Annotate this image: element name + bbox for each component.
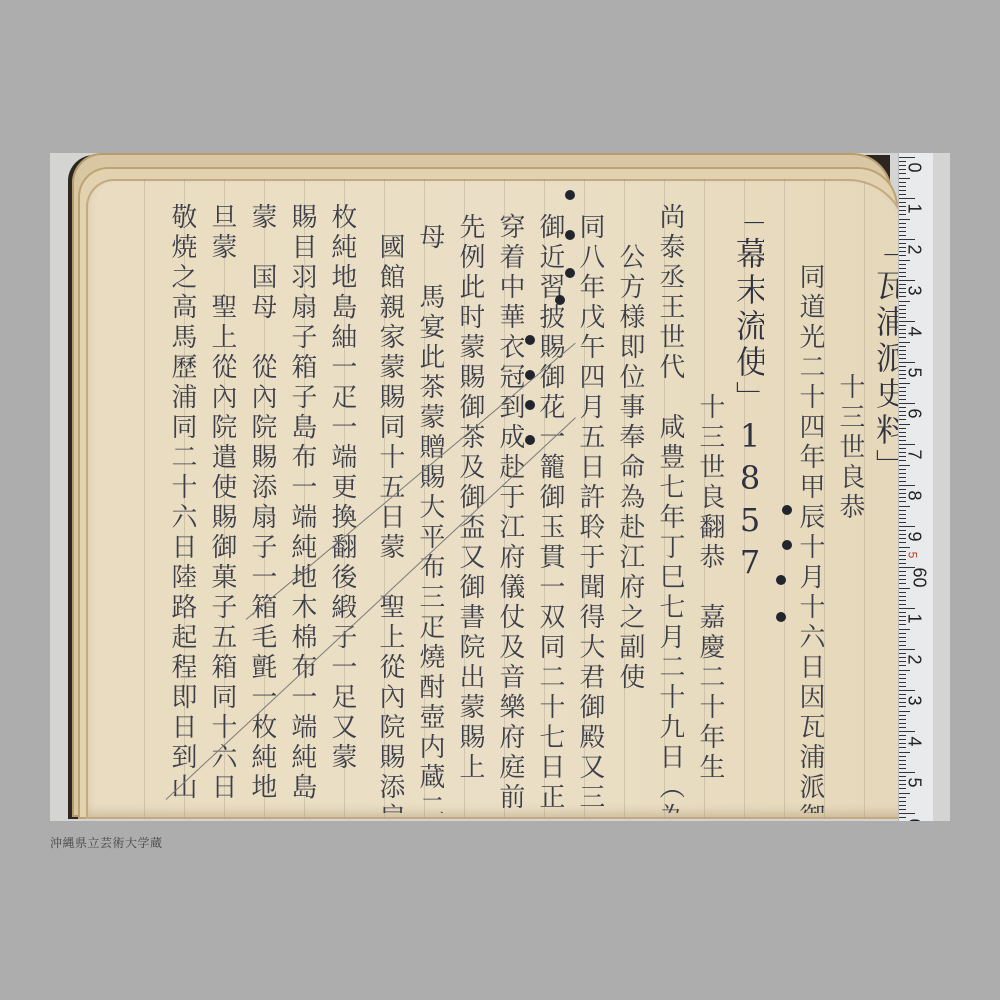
ruler-tick bbox=[899, 600, 906, 601]
ruler-tick bbox=[899, 592, 906, 593]
ruler-half-marker: 5 bbox=[905, 552, 919, 559]
ruler-tick bbox=[899, 690, 915, 691]
ruler-tick bbox=[899, 727, 906, 728]
ruler-number: 8 bbox=[904, 490, 925, 500]
emphasis-dot bbox=[525, 400, 535, 410]
ruler-tick bbox=[899, 588, 910, 589]
ruler-tick bbox=[899, 280, 915, 281]
ruler-tick bbox=[899, 354, 906, 355]
ruler-tick bbox=[899, 596, 906, 597]
ruler-tick bbox=[899, 268, 906, 269]
ruler-tick bbox=[899, 387, 906, 388]
ruler-tick bbox=[899, 629, 910, 630]
ruler-number: 0 bbox=[904, 162, 925, 172]
ruler-tick bbox=[899, 231, 906, 232]
ruler-tick bbox=[899, 214, 906, 215]
ruler-tick bbox=[899, 337, 906, 338]
ruler-tick bbox=[899, 801, 906, 802]
handwritten-column: 十三世良翻恭 嘉慶二十年生 bbox=[696, 393, 724, 783]
ruler-tick bbox=[899, 419, 906, 420]
ruler-tick bbox=[899, 526, 915, 527]
ruler-tick bbox=[899, 481, 906, 482]
emphasis-dot bbox=[525, 335, 535, 345]
ruler-tick bbox=[899, 760, 906, 761]
handwritten-column: 賜目羽扇子箱子島布一端純地木棉布一端純島紬二疋一端又 bbox=[288, 203, 316, 803]
ruler-number: 6 bbox=[904, 408, 925, 418]
ruler-number: 1 bbox=[904, 613, 925, 623]
ruler-tick bbox=[899, 723, 906, 724]
ruler-tick bbox=[899, 645, 906, 646]
ruler-number: 9 bbox=[904, 531, 925, 541]
ruler-tick bbox=[899, 788, 906, 789]
ruler-tick bbox=[899, 756, 906, 757]
ruler-tick bbox=[899, 649, 915, 650]
handwritten-column: 十三世良恭 bbox=[836, 373, 864, 523]
ruler-tick bbox=[899, 424, 910, 425]
ruler-tick bbox=[899, 579, 906, 580]
ruler-tick bbox=[899, 768, 906, 769]
handwritten-column: 先例此时蒙賜御茶及御盃又御書院出蒙賜上 bbox=[456, 213, 484, 783]
emphasis-dot bbox=[776, 612, 786, 622]
ruler-tick bbox=[899, 362, 915, 363]
ruler-tick bbox=[899, 444, 915, 445]
ruler-tick bbox=[899, 350, 906, 351]
ruler-tick bbox=[899, 706, 906, 707]
ruler-tick bbox=[899, 711, 910, 712]
ruler-tick bbox=[899, 358, 906, 359]
ruler-number: 2 bbox=[904, 244, 925, 254]
notebook-page: 「型付史料」馬氏世系図、 十一世良綱、道光十年庚寅、 且賜良意扇子一匣三内色紗綾… bbox=[86, 179, 908, 819]
ruler-tick bbox=[899, 432, 906, 433]
handwritten-column: 國館親家蒙賜同十五日蒙 聖上從內院賜添扇子二箱毛氈二 bbox=[376, 233, 404, 813]
ruler-tick bbox=[899, 395, 906, 396]
emphasis-dot bbox=[565, 190, 575, 200]
emphasis-dot bbox=[776, 575, 786, 585]
ruler-tick bbox=[899, 465, 910, 466]
ruler-tick bbox=[899, 255, 906, 256]
collection-caption: 沖縄県立芸術大学蔵 bbox=[50, 834, 163, 851]
ruler-tick bbox=[899, 428, 906, 429]
handwritten-column: 枚純地島紬一疋一端更換翻後緞子一足又蒙 国高祖母 従内院 bbox=[328, 203, 356, 803]
ruler-tick bbox=[899, 809, 906, 810]
ruler-tick bbox=[899, 563, 906, 564]
ruler-tick bbox=[899, 157, 915, 158]
handwritten-column: 同道光二十四年甲辰十月十六日因瓦浦派御養請仕役兒奉行職、 bbox=[796, 263, 824, 813]
ruler-tick bbox=[899, 276, 906, 277]
emphasis-dot bbox=[565, 268, 575, 278]
document-photo: 「型付史料」馬氏世系図、 十一世良綱、道光十年庚寅、 且賜良意扇子一匣三内色紗綾… bbox=[50, 153, 950, 821]
ruled-line bbox=[144, 179, 145, 819]
ruler-tick bbox=[899, 813, 915, 814]
ruler-tick bbox=[899, 469, 906, 470]
ruler-tick bbox=[899, 272, 906, 273]
ruler-tick bbox=[899, 383, 910, 384]
ruler-tick bbox=[899, 715, 906, 716]
ruler-tick bbox=[899, 665, 906, 666]
ruler-tick bbox=[899, 477, 906, 478]
ruler-tick bbox=[899, 805, 906, 806]
ruler-tick bbox=[899, 173, 906, 174]
emphasis-dot bbox=[782, 540, 792, 550]
ruler-tick bbox=[899, 670, 910, 671]
ruler-number: 6 bbox=[904, 818, 925, 821]
ruler-tick bbox=[899, 719, 906, 720]
ruler-tick bbox=[899, 440, 906, 441]
ruler-tick bbox=[899, 542, 906, 543]
ruler-number: 7 bbox=[904, 449, 925, 459]
ruler-number: 5 bbox=[904, 367, 925, 377]
ruler-tick bbox=[899, 378, 906, 379]
handwritten-column: 公方様即位事奉命為赴江府之副使 bbox=[616, 243, 644, 693]
ruler-tick bbox=[899, 194, 906, 195]
ruler-tick bbox=[899, 731, 915, 732]
ruler-tick bbox=[899, 460, 906, 461]
handwritten-column: 穿着中華衣冠到成赴于江府儀仗及音樂府庭前以備上覽 bbox=[496, 213, 524, 813]
ruler-tick bbox=[899, 321, 915, 322]
handwritten-column: 蒙 国母 從內院賜添扇子一箱毛氈一枚純地島紬一疋一端同十日 bbox=[248, 203, 276, 803]
ruler-tick bbox=[899, 583, 906, 584]
ruler-tick bbox=[899, 752, 910, 753]
ruler-tick bbox=[899, 403, 915, 404]
ruler-tick bbox=[899, 510, 906, 511]
ruler-tick bbox=[899, 178, 910, 179]
ruler-tick bbox=[899, 346, 906, 347]
ruler-tick bbox=[899, 678, 906, 679]
ruler-tick bbox=[899, 313, 906, 314]
ruler-tick bbox=[899, 305, 906, 306]
ruler-tick bbox=[899, 575, 906, 576]
emphasis-dot bbox=[525, 435, 535, 445]
handwritten-column: 同八年戊午四月五日許聆于聞得大君御殿又三年禪宮同日恭賀 bbox=[576, 213, 604, 813]
ruler-tick bbox=[899, 260, 910, 261]
ruler-tick bbox=[899, 301, 910, 302]
ruler-tick bbox=[899, 772, 915, 773]
emphasis-dot bbox=[555, 295, 565, 305]
ruler-number: 5 bbox=[904, 777, 925, 787]
ruler-tick bbox=[899, 436, 906, 437]
ruler-tick bbox=[899, 747, 906, 748]
ruler-tick bbox=[899, 797, 906, 798]
ruler-tick bbox=[899, 793, 910, 794]
ruler-tick bbox=[899, 219, 910, 220]
ruler-tick bbox=[899, 223, 906, 224]
ruler-tick bbox=[899, 686, 906, 687]
ruler-tick bbox=[899, 309, 906, 310]
handwritten-column: 母 馬宴此茶蒙贈賜大平布三疋燒酎壺内蔵二十五日蒙 国高祖 bbox=[416, 223, 444, 813]
ruler-tick bbox=[899, 547, 910, 548]
handwritten-column: 「幕末流使」1857 bbox=[736, 201, 764, 585]
ruler-number: 3 bbox=[904, 285, 925, 295]
ruler-tick bbox=[899, 391, 906, 392]
ruler-tick bbox=[899, 604, 906, 605]
ruler-tick bbox=[899, 198, 915, 199]
ruler-number: 2 bbox=[904, 654, 925, 664]
ruler-tick bbox=[899, 399, 906, 400]
ruler-tick bbox=[899, 624, 906, 625]
ruler-tick bbox=[899, 641, 906, 642]
ruler-number: 4 bbox=[904, 736, 925, 746]
handwritten-column: 敬焼之高馬歷浦同二十六日陸路起程即日到山川同二十六日陸路起程 bbox=[168, 203, 196, 803]
handwritten-column: 尚泰丞王世代 咸豊七年丁巳七月二十九日（為馬氏與那原親方良恭）七月十八日為慶賀 bbox=[656, 203, 684, 813]
handwritten-column: 旦蒙 聖上從內院遣使賜御菓子五箱同十六日班霸開船同二十六日駛到 bbox=[208, 203, 236, 803]
ruler-number: 4 bbox=[904, 326, 925, 336]
ruler-tick bbox=[899, 264, 906, 265]
ruler-tick bbox=[899, 506, 910, 507]
ruler-number: 60 bbox=[909, 567, 930, 587]
ruler-tick bbox=[899, 190, 906, 191]
ruler-tick bbox=[899, 764, 906, 765]
ruler-tick bbox=[899, 235, 906, 236]
ruler-tick bbox=[899, 227, 906, 228]
ruler-tick bbox=[899, 342, 910, 343]
emphasis-dot bbox=[782, 505, 792, 515]
ruler-tick bbox=[899, 485, 915, 486]
ruler-tick bbox=[899, 608, 915, 609]
ruler-tick bbox=[899, 501, 906, 502]
ruler-number: 1 bbox=[904, 203, 925, 213]
ruled-line bbox=[864, 179, 865, 819]
ruler-tick bbox=[899, 518, 906, 519]
ruler-number: 3 bbox=[904, 695, 925, 705]
ruler-tick bbox=[899, 239, 915, 240]
measuring-ruler: 0123456789560123456 bbox=[898, 153, 933, 821]
ruler-tick bbox=[899, 674, 906, 675]
ruler-tick bbox=[899, 296, 906, 297]
ruler-tick bbox=[899, 522, 906, 523]
ruler-tick bbox=[899, 182, 906, 183]
emphasis-dot bbox=[565, 230, 575, 240]
ruled-line bbox=[784, 179, 785, 819]
ruler-tick bbox=[899, 682, 906, 683]
ruler-tick bbox=[899, 186, 906, 187]
ruled-line bbox=[824, 179, 825, 819]
ruler-tick bbox=[899, 637, 906, 638]
ruler-tick bbox=[899, 633, 906, 634]
ruler-tick bbox=[899, 559, 906, 560]
ruler-tick bbox=[899, 514, 906, 515]
ruler-tick bbox=[899, 571, 906, 572]
ruler-tick bbox=[899, 473, 906, 474]
ruler-tick bbox=[899, 317, 906, 318]
